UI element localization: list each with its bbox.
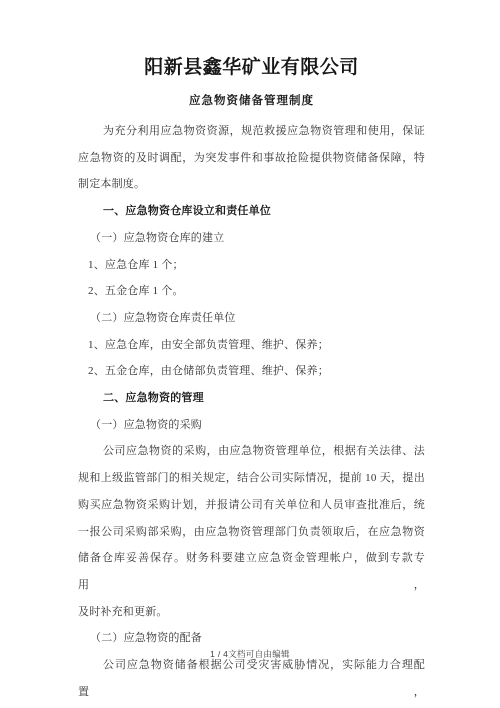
paragraph-line: 制定本制度。 <box>78 171 425 198</box>
paragraph-line: 一报公司采购部采购，由应急物资管理部门负责领取后，在应急物资 <box>78 519 425 546</box>
subheading-line: （一）应急物资仓库的建立 <box>78 225 425 252</box>
document-subtitle: 应急物资储备管理制度 <box>78 90 425 112</box>
list-item-line: 2、五金仓库 1 个。 <box>78 278 425 305</box>
paragraph-line: 为充分利用应急物资资源，规范救援应急物资管理和使用，保证 <box>78 118 425 145</box>
subheading-line: （一）应急物资的采购 <box>78 412 425 439</box>
list-item-line: 1、应急仓库，由安全部负责管理、维护、保养； <box>78 332 425 359</box>
document-body: 为充分利用应急物资资源，规范救援应急物资管理和使用，保证应急物资的及时调配，为突… <box>78 118 425 705</box>
paragraph-line: 规和上级监管部门的相关规定，结合公司实际情况，提前 10 天，提出 <box>78 465 425 492</box>
paragraph-line: 公司应急物资的采购，由应急物资管理单位，根据有关法律、法 <box>78 438 425 465</box>
document-title: 阳新县鑫华矿业有限公司 <box>78 54 425 82</box>
document-page: 阳新县鑫华矿业有限公司 应急物资储备管理制度 为充分利用应急物资资源，规范救援应… <box>0 0 500 708</box>
list-item-line: 1、应急仓库 1 个； <box>78 252 425 279</box>
paragraph-line: 购买应急物资采购计划，并报请公司有关单位和人员审查批准后，统 <box>78 492 425 519</box>
subheading-line: （二）应急物资仓库责任单位 <box>78 305 425 332</box>
paragraph-line: 公司应急物资储备根据公司受灾害威胁情况，实际能力合理配置， <box>78 652 425 705</box>
paragraph-line: 储备仓库妥善保存。财务科要建立应急资金管理帐户，做到专款专用， <box>78 545 425 598</box>
heading-line: 二、应急物资的管理 <box>78 385 425 412</box>
list-item-line: 2、五金仓库，由仓储部负责管理、维护、保养； <box>78 358 425 385</box>
paragraph-line: 应急物资的及时调配，为突发事件和事故抢险提供物资储备保障，特 <box>78 145 425 172</box>
heading-line: 一、应急物资仓库设立和责任单位 <box>78 198 425 225</box>
paragraph-line: 及时补充和更新。 <box>78 599 425 626</box>
page-footer: 1 / 4文档可自由编辑 <box>0 648 500 660</box>
